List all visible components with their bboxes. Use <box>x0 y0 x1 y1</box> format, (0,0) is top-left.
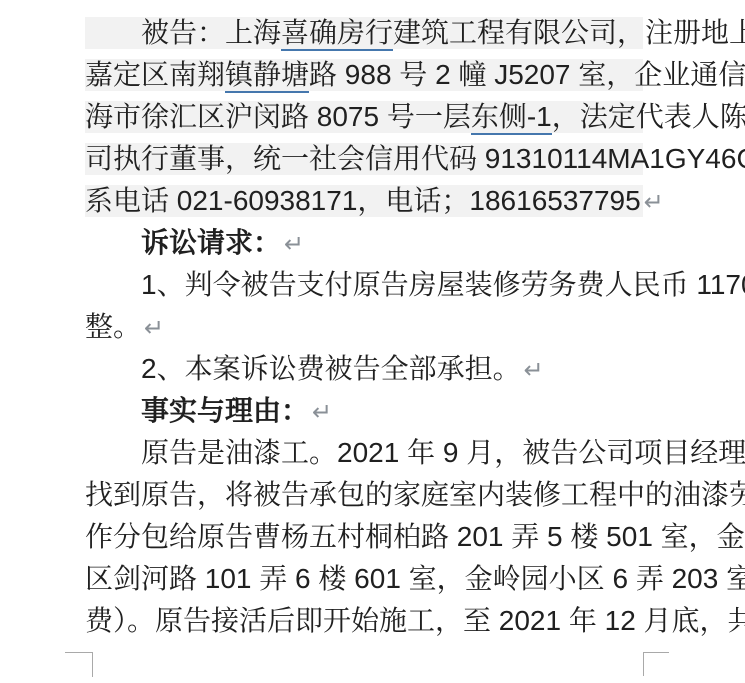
text-line[interactable]: 1、判令被告支付原告房屋装修劳务费人民币 11700 元 <box>85 264 643 306</box>
paragraph-claims-heading: 诉讼请求：↵ <box>85 222 643 264</box>
text-line[interactable]: 嘉定区南翔镇静塘路 988 号 2 幢 J5207 室，企业通信地址上 <box>85 54 643 96</box>
bottom-left-margin-mark <box>65 652 93 677</box>
text-run: 费）。原告接活后即开始施工，至 2021 年 12 月底，共计产 <box>85 605 745 636</box>
text-run: 2、本案诉讼费被告全部承担。 <box>141 353 521 384</box>
document-page: 被告：上海喜确房行建筑工程有限公司，注册地上海市嘉定区南翔镇静塘路 988 号 … <box>0 0 745 683</box>
text-run: 原告是油漆工。2021 年 9 月，被告公司项目经理孙国基 <box>141 437 745 468</box>
text-run: 找到原告，将被告承包的家庭室内装修工程中的油漆劳务工 <box>85 479 745 510</box>
document-text-area[interactable]: 被告：上海喜确房行建筑工程有限公司，注册地上海市嘉定区南翔镇静塘路 988 号 … <box>85 12 643 642</box>
text-run: 路 988 号 2 幢 J5207 室，企业通信地址上 <box>309 59 745 90</box>
text-run: 诉讼请求： <box>141 227 281 258</box>
bottom-right-margin-mark <box>643 652 669 676</box>
paragraph-mark-icon: ↵ <box>144 315 164 342</box>
paragraph-mark-icon: ↵ <box>644 189 664 216</box>
text-run: 建筑工程有限公司，注册地上海市 <box>393 17 745 48</box>
word-document-screenshot: { "page": { "background": "#ffffff", "te… <box>0 0 745 683</box>
paragraph-claim-item-2: 2、本案诉讼费被告全部承担。↵ <box>85 348 643 390</box>
underlined-text-run: 喜确房行 <box>281 17 393 51</box>
paragraph-mark-icon: ↵ <box>284 231 304 258</box>
first-line-indent <box>85 293 141 294</box>
text-line[interactable]: 作分包给原告曹杨五村桐柏路 201 弄 5 楼 501 室，金虹苑小 <box>85 516 643 558</box>
paragraph-facts-body: 原告是油漆工。2021 年 9 月，被告公司项目经理孙国基找到原告，将被告承包的… <box>85 432 643 642</box>
paragraph-defendant-info: 被告：上海喜确房行建筑工程有限公司，注册地上海市嘉定区南翔镇静塘路 988 号 … <box>85 12 643 222</box>
paragraph-mark-icon: ↵ <box>312 399 332 426</box>
text-run: 被告：上海 <box>141 17 281 48</box>
paragraph-claim-item-1: 1、判令被告支付原告房屋装修劳务费人民币 11700 元整。↵ <box>85 264 643 348</box>
text-run: 作分包给原告曹杨五村桐柏路 201 弄 5 楼 501 室，金虹苑小 <box>85 521 745 552</box>
underlined-text-run: 东侧-1 <box>471 101 552 135</box>
text-run: ，法定代表人陈侃，公 <box>552 101 745 132</box>
text-run: 系电话 021-60938171，电话；18616537795 <box>85 185 641 216</box>
paragraph-mark-icon: ↵ <box>524 357 544 384</box>
text-run: 区剑河路 101 弄 6 楼 601 室，金岭园小区 6 弄 203 室（人工 <box>85 563 745 594</box>
text-line[interactable]: 司执行董事，统一社会信用代码 91310114MA1GY46G9G，联 <box>85 138 643 180</box>
text-line[interactable]: 区剑河路 101 弄 6 楼 601 室，金岭园小区 6 弄 203 室（人工 <box>85 558 643 600</box>
text-run: 事实与理由： <box>141 395 309 426</box>
text-line[interactable]: 系电话 021-60938171，电话；18616537795↵ <box>85 180 643 222</box>
text-run: 1、判令被告支付原告房屋装修劳务费人民币 11700 元 <box>141 269 745 300</box>
text-line[interactable]: 整。↵ <box>85 306 643 348</box>
first-line-indent <box>85 419 141 420</box>
underlined-text-run: 镇静塘 <box>225 59 309 93</box>
text-line[interactable]: 事实与理由：↵ <box>85 390 643 432</box>
first-line-indent <box>85 251 141 252</box>
text-line[interactable]: 2、本案诉讼费被告全部承担。↵ <box>85 348 643 390</box>
paragraph-facts-heading: 事实与理由：↵ <box>85 390 643 432</box>
text-run: 司执行董事，统一社会信用代码 91310114MA1GY46G9G，联 <box>85 143 745 174</box>
text-line[interactable]: 费）。原告接活后即开始施工，至 2021 年 12 月底，共计产 <box>85 600 643 642</box>
first-line-indent <box>85 41 141 42</box>
text-line[interactable]: 诉讼请求：↵ <box>85 222 643 264</box>
text-line[interactable]: 被告：上海喜确房行建筑工程有限公司，注册地上海市 <box>85 12 643 54</box>
text-line[interactable]: 海市徐汇区沪闵路 8075 号一层东侧-1，法定代表人陈侃，公 <box>85 96 643 138</box>
text-run: 整。 <box>85 311 141 342</box>
first-line-indent <box>85 461 141 462</box>
text-line[interactable]: 原告是油漆工。2021 年 9 月，被告公司项目经理孙国基 <box>85 432 643 474</box>
text-line[interactable]: 找到原告，将被告承包的家庭室内装修工程中的油漆劳务工 <box>85 474 643 516</box>
text-run: 嘉定区南翔 <box>85 59 225 90</box>
text-run: 海市徐汇区沪闵路 8075 号一层 <box>85 101 471 132</box>
first-line-indent <box>85 377 141 378</box>
